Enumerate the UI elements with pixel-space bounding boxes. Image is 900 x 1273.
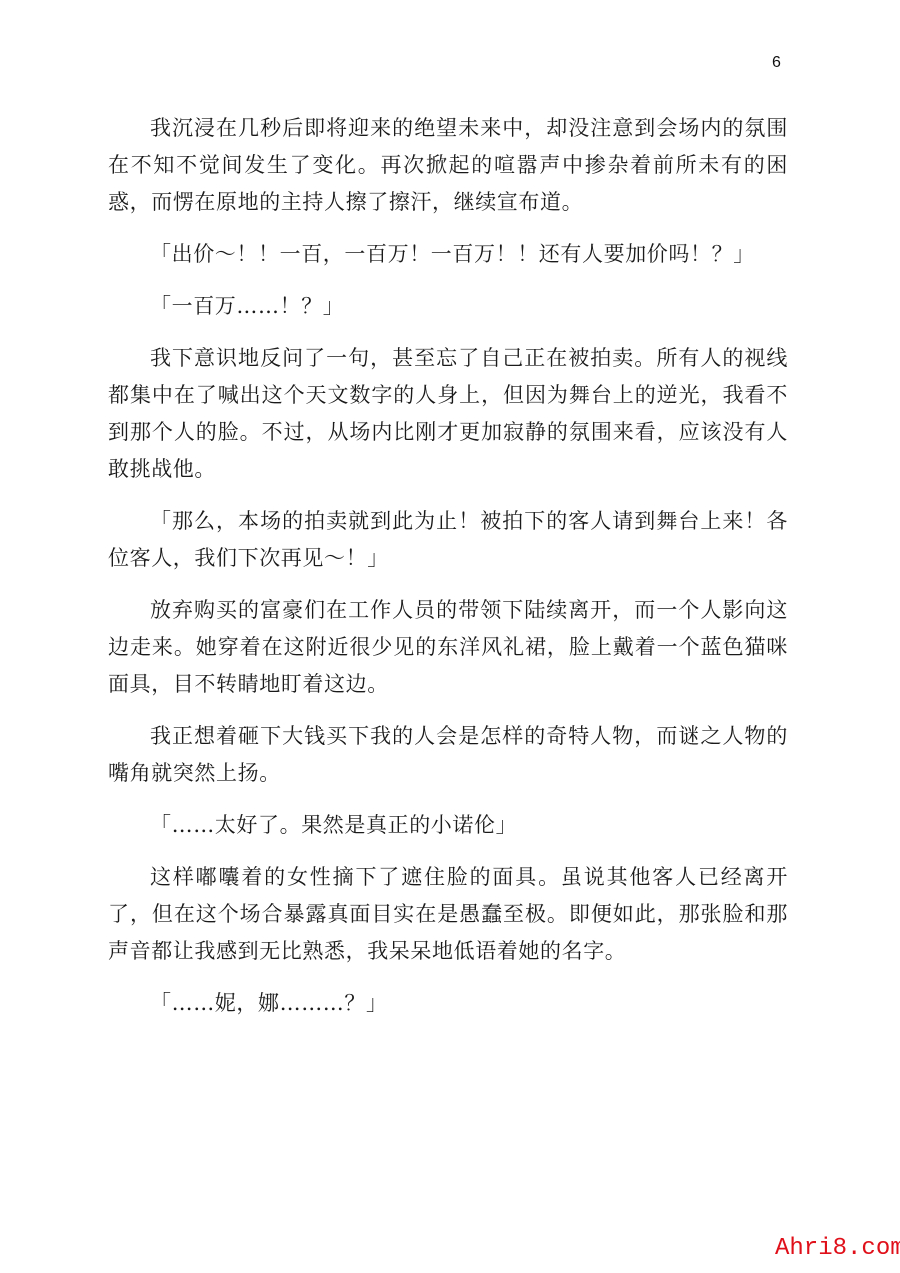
document-body: 我沉浸在几秒后即将迎来的绝望未来中，却没注意到会场内的氛围在不知不觉间发生了变化… bbox=[108, 110, 788, 1037]
paragraph-narration: 我正想着砸下大钱买下我的人会是怎样的奇特人物，而谜之人物的嘴角就突然上扬。 bbox=[108, 718, 788, 792]
paragraph-narration: 我沉浸在几秒后即将迎来的绝望未来中，却没注意到会场内的氛围在不知不觉间发生了变化… bbox=[108, 110, 788, 221]
paragraph-dialogue: 「……妮，娜………？」 bbox=[108, 985, 788, 1022]
paragraph-narration: 我下意识地反问了一句，甚至忘了自己正在被拍卖。所有人的视线都集中在了喊出这个天文… bbox=[108, 340, 788, 488]
paragraph-dialogue: 「一百万……！？」 bbox=[108, 288, 788, 325]
paragraph-narration: 放弃购买的富豪们在工作人员的带领下陆续离开，而一个人影向这边走来。她穿着在这附近… bbox=[108, 592, 788, 703]
paragraph-dialogue: 「那么，本场的拍卖就到此为止！被拍下的客人请到舞台上来！各位客人，我们下次再见～… bbox=[108, 503, 788, 577]
paragraph-dialogue: 「……太好了。果然是真正的小诺伦」 bbox=[108, 807, 788, 844]
paragraph-dialogue: 「出价～！！一百，一百万！一百万！！还有人要加价吗！？」 bbox=[108, 236, 788, 273]
watermark: Ahri8.com bbox=[775, 1235, 900, 1262]
page-number: 6 bbox=[772, 54, 802, 72]
paragraph-narration: 这样嘟囔着的女性摘下了遮住脸的面具。虽说其他客人已经离开了，但在这个场合暴露真面… bbox=[108, 859, 788, 970]
